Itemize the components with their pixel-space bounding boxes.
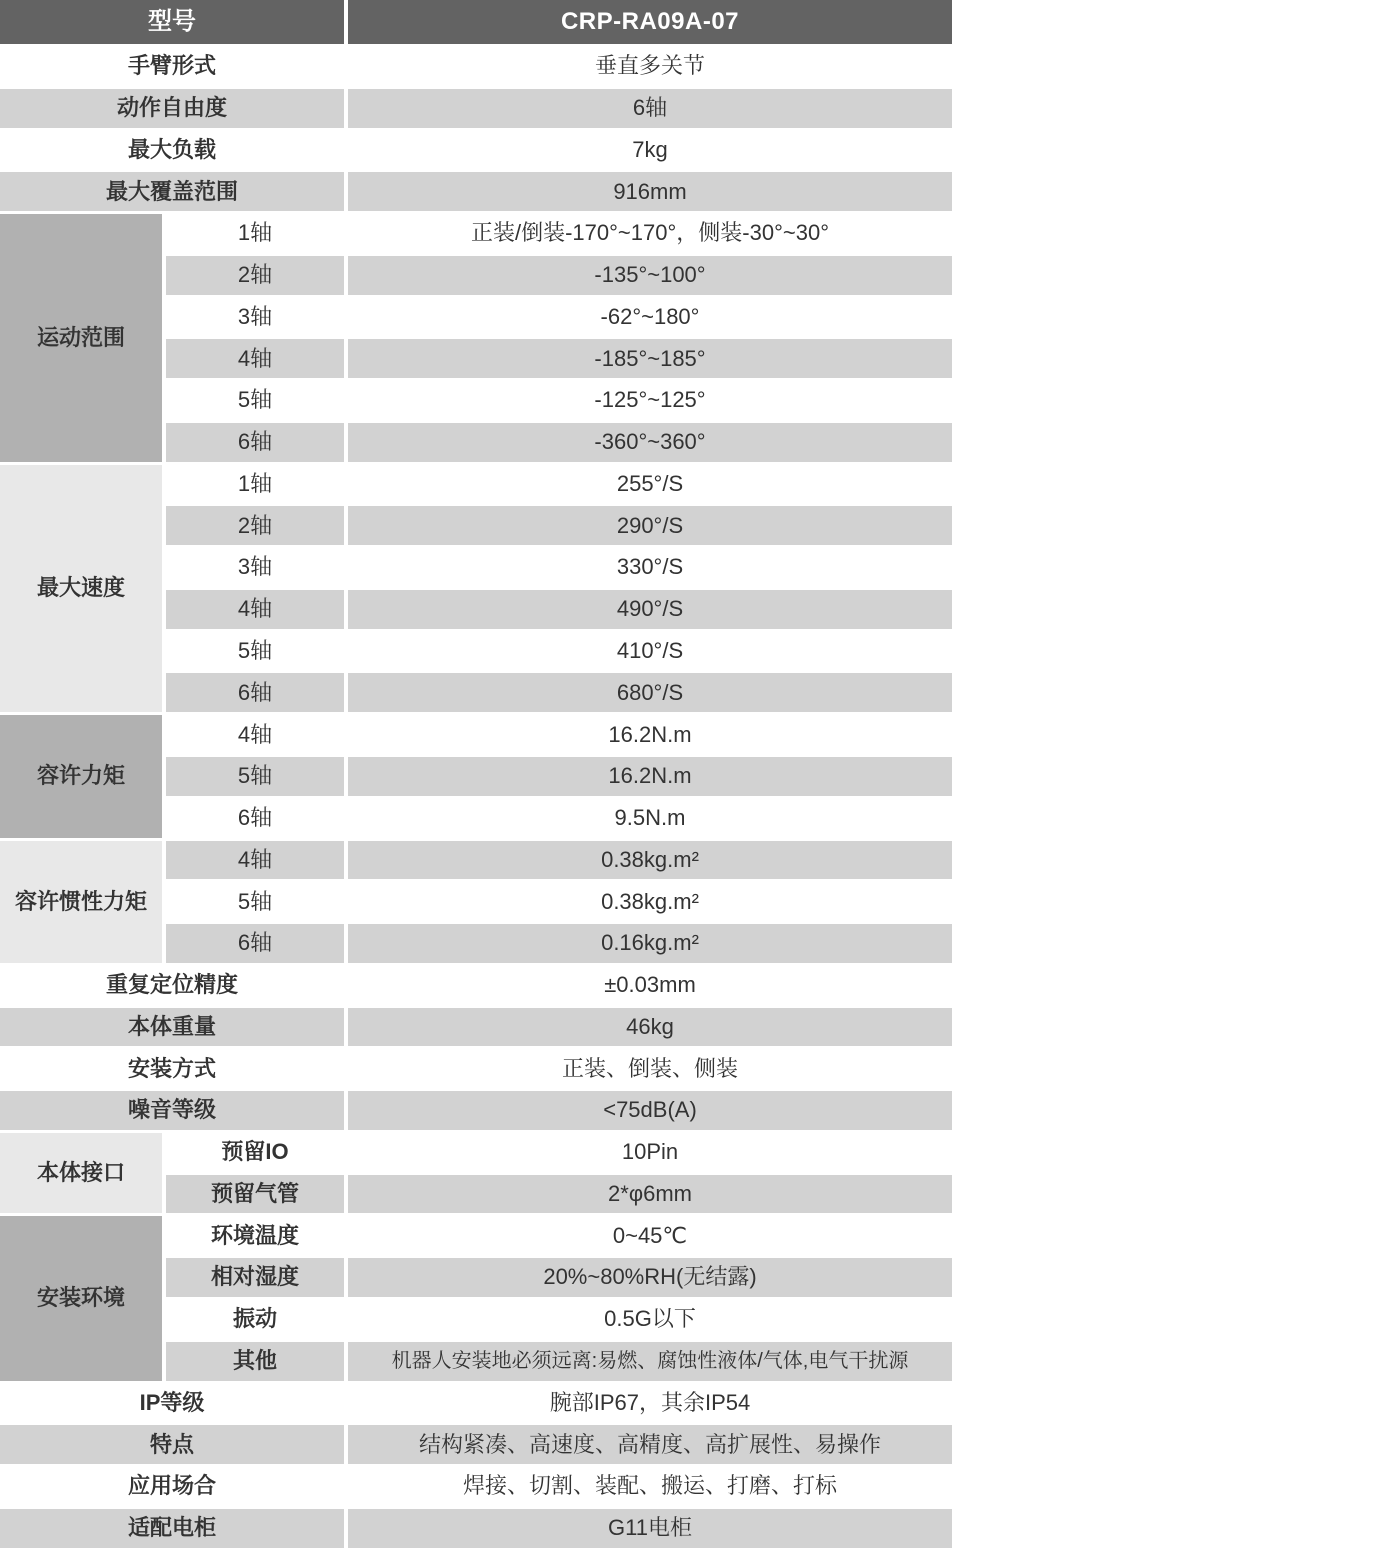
sub-row-label: 预留气管 (166, 1175, 344, 1214)
row-value: 490°/S (348, 590, 952, 629)
row-value: G11电柜 (348, 1509, 952, 1548)
row-label: 最大覆盖范围 (0, 172, 344, 211)
row-value: -62°~180° (348, 298, 952, 337)
group-header: 运动范围 (0, 214, 162, 462)
row-value: 16.2N.m (348, 757, 952, 796)
axis-label: 6轴 (166, 673, 344, 712)
model-header-label: 型号 (0, 0, 344, 44)
spec-table: 型号 CRP-RA09A-07 手臂形式垂直多关节动作自由度6轴最大负载7kg最… (0, 0, 952, 1548)
sub-row-label: 振动 (166, 1300, 344, 1339)
sub-row-label: 预留IO (166, 1133, 344, 1172)
row-value: 0.38kg.m² (348, 882, 952, 921)
row-value: 垂直多关节 (348, 47, 952, 86)
row-value: <75dB(A) (348, 1091, 952, 1130)
axis-label: 1轴 (166, 214, 344, 253)
sub-row-label: 环境温度 (166, 1216, 344, 1255)
sub-row-label: 相对湿度 (166, 1258, 344, 1297)
row-value: -185°~185° (348, 339, 952, 378)
row-label: 重复定位精度 (0, 966, 344, 1005)
axis-label: 1轴 (166, 465, 344, 504)
axis-label: 5轴 (166, 882, 344, 921)
row-value: 290°/S (348, 506, 952, 545)
row-value: 0.38kg.m² (348, 841, 952, 880)
axis-label: 5轴 (166, 632, 344, 671)
row-value: 16.2N.m (348, 715, 952, 754)
row-value: 机器人安装地必须远离:易燃、腐蚀性液体/气体,电气干扰源 (348, 1342, 952, 1381)
axis-label: 4轴 (166, 841, 344, 880)
row-value: 9.5N.m (348, 799, 952, 838)
row-value: 2*φ6mm (348, 1175, 952, 1214)
row-value: 结构紧凑、高速度、高精度、高扩展性、易操作 (348, 1425, 952, 1464)
group-header: 最大速度 (0, 465, 162, 713)
axis-label: 6轴 (166, 799, 344, 838)
axis-label: 3轴 (166, 298, 344, 337)
row-value: 0.5G以下 (348, 1300, 952, 1339)
axis-label: 3轴 (166, 548, 344, 587)
row-label: 安装方式 (0, 1049, 344, 1088)
axis-label: 2轴 (166, 506, 344, 545)
group-header: 安装环境 (0, 1216, 162, 1380)
axis-label: 4轴 (166, 339, 344, 378)
sub-row-label: 其他 (166, 1342, 344, 1381)
row-value: 255°/S (348, 465, 952, 504)
row-label: 应用场合 (0, 1467, 344, 1506)
axis-label: 5轴 (166, 381, 344, 420)
row-value: 46kg (348, 1008, 952, 1047)
row-label: 动作自由度 (0, 89, 344, 128)
row-value: 焊接、切割、装配、搬运、打磨、打标 (348, 1467, 952, 1506)
row-label: IP等级 (0, 1384, 344, 1423)
row-label: 手臂形式 (0, 47, 344, 86)
row-label: 本体重量 (0, 1008, 344, 1047)
row-value: -360°~360° (348, 423, 952, 462)
row-label: 最大负载 (0, 131, 344, 170)
row-value: ±0.03mm (348, 966, 952, 1005)
axis-label: 4轴 (166, 590, 344, 629)
model-header-value: CRP-RA09A-07 (348, 0, 952, 44)
row-value: 7kg (348, 131, 952, 170)
row-value: 330°/S (348, 548, 952, 587)
axis-label: 5轴 (166, 757, 344, 796)
row-value: -135°~100° (348, 256, 952, 295)
row-label: 特点 (0, 1425, 344, 1464)
row-value: -125°~125° (348, 381, 952, 420)
row-value: 0.16kg.m² (348, 924, 952, 963)
axis-label: 6轴 (166, 423, 344, 462)
axis-label: 2轴 (166, 256, 344, 295)
row-value: 腕部IP67，其余IP54 (348, 1384, 952, 1423)
row-label: 噪音等级 (0, 1091, 344, 1130)
row-value: 916mm (348, 172, 952, 211)
row-value: 20%~80%RH(无结露) (348, 1258, 952, 1297)
row-label: 适配电柜 (0, 1509, 344, 1548)
group-header: 容许惯性力矩 (0, 841, 162, 963)
row-value: 0~45℃ (348, 1216, 952, 1255)
row-value: 6轴 (348, 89, 952, 128)
row-value: 10Pin (348, 1133, 952, 1172)
group-header: 本体接口 (0, 1133, 162, 1214)
group-header: 容许力矩 (0, 715, 162, 837)
row-value: 正装/倒装-170°~170°，侧装-30°~30° (348, 214, 952, 253)
row-value: 正装、倒装、侧装 (348, 1049, 952, 1088)
row-value: 410°/S (348, 632, 952, 671)
row-value: 680°/S (348, 673, 952, 712)
axis-label: 4轴 (166, 715, 344, 754)
axis-label: 6轴 (166, 924, 344, 963)
